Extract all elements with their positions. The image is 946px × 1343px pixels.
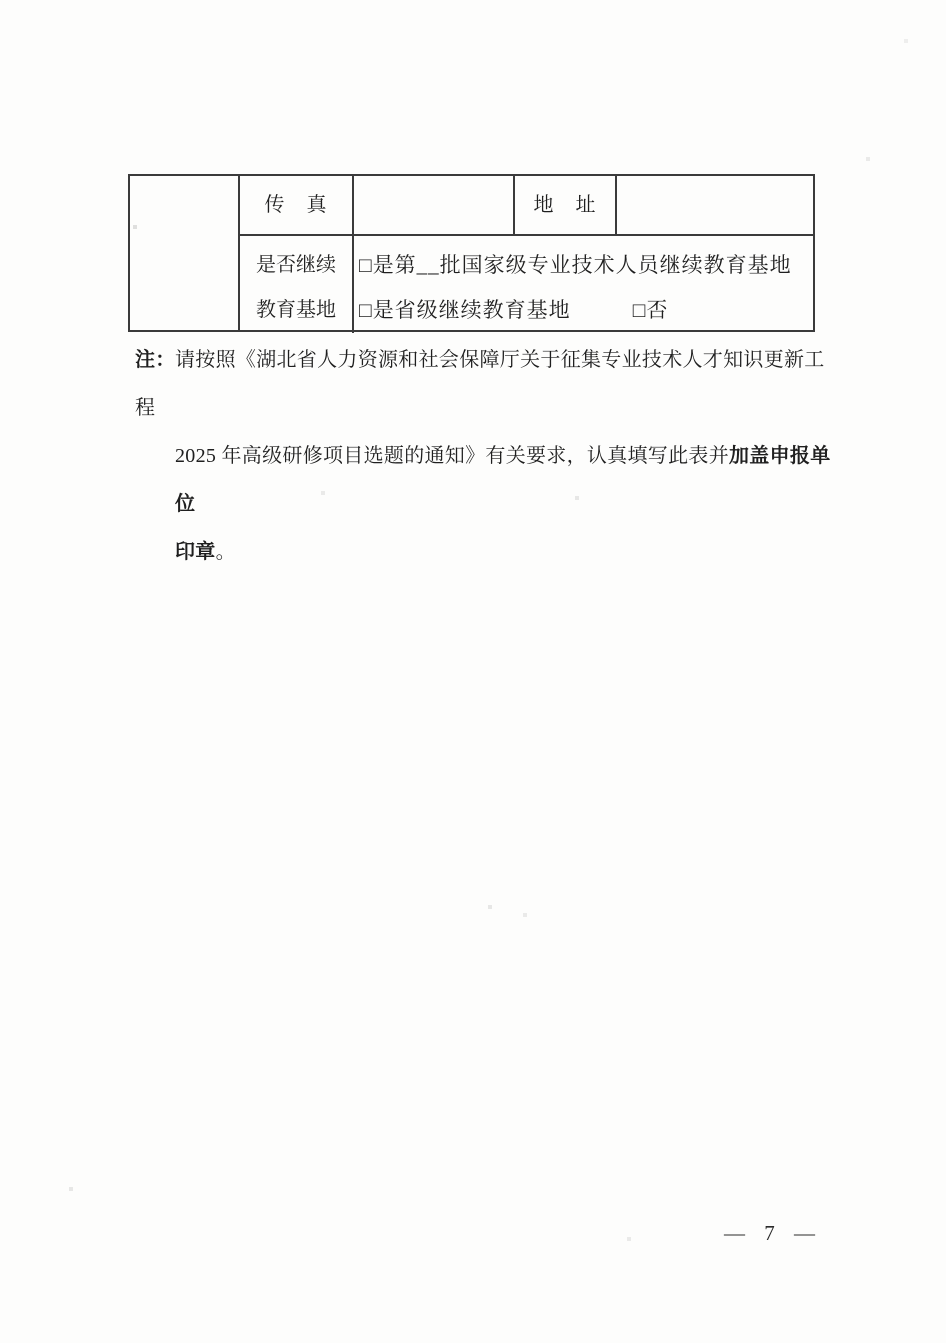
info-table: 传 真 地 址 是否继续 教育基地 □是第 (128, 174, 815, 332)
address-label: 地 址 (534, 195, 597, 215)
fax-label-cell: 传 真 (240, 176, 354, 234)
document-page: 传 真 地 址 是否继续 教育基地 □是第 (0, 0, 946, 1343)
continuing-education-label-cell: 是否继续 教育基地 (240, 236, 354, 333)
checkbox-provincial-icon: □ (359, 288, 373, 333)
address-value-cell (617, 176, 813, 234)
option-national-line: □是第__批国家级专业技术人员继续教育基地 (359, 243, 813, 288)
note-line2-regular: 2025 年高级研修项目选题的通知》有关要求，认真填写此表并 (175, 445, 729, 467)
checkbox-national-icon: □ (359, 243, 373, 288)
continuing-education-options-cell: □是第__批国家级专业技术人员继续教育基地 □是省级继续教育基地□否 (354, 236, 813, 333)
table-row-fax-address: 传 真 地 址 (240, 176, 813, 236)
table-row-continuing-education: 是否继续 教育基地 □是第__批国家级专业技术人员继续教育基地 □是省级继续教育… (240, 236, 813, 333)
option-no-label: 否 (646, 298, 668, 322)
note-line-2: 2025 年高级研修项目选题的通知》有关要求，认真填写此表并加盖申报单位 (175, 432, 835, 528)
continuing-label-line2: 教育基地 (256, 288, 336, 333)
option-provincial-label: 是省级继续教育基地 (373, 298, 571, 322)
fax-value-cell (354, 176, 515, 234)
address-label-cell: 地 址 (515, 176, 617, 234)
note-line1-text: 请按照《湖北省人力资源和社会保障厅关于征集专业技术人才知识更新工程 (135, 349, 825, 419)
note-label: 注： (135, 336, 175, 384)
note-block: 注：请按照《湖北省人力资源和社会保障厅关于征集专业技术人才知识更新工程 2025… (135, 336, 835, 576)
option-national-label: 是第__批国家级专业技术人员继续教育基地 (373, 253, 792, 277)
page-number: — 7 — (724, 1221, 819, 1246)
note-line-3: 印章。 (175, 528, 835, 576)
note-line3-bold: 印章 (175, 541, 216, 563)
table-empty-left-cell (130, 176, 240, 330)
fax-label: 传 真 (265, 195, 328, 215)
scan-noise (0, 0, 2, 2)
checkbox-no-icon: □ (633, 288, 647, 333)
option-provincial-line: □是省级继续教育基地□否 (359, 288, 813, 333)
note-line-1: 注：请按照《湖北省人力资源和社会保障厅关于征集专业技术人才知识更新工程 (135, 336, 835, 432)
note-line3-punct: 。 (216, 541, 236, 563)
continuing-label-line1: 是否继续 (256, 243, 336, 288)
